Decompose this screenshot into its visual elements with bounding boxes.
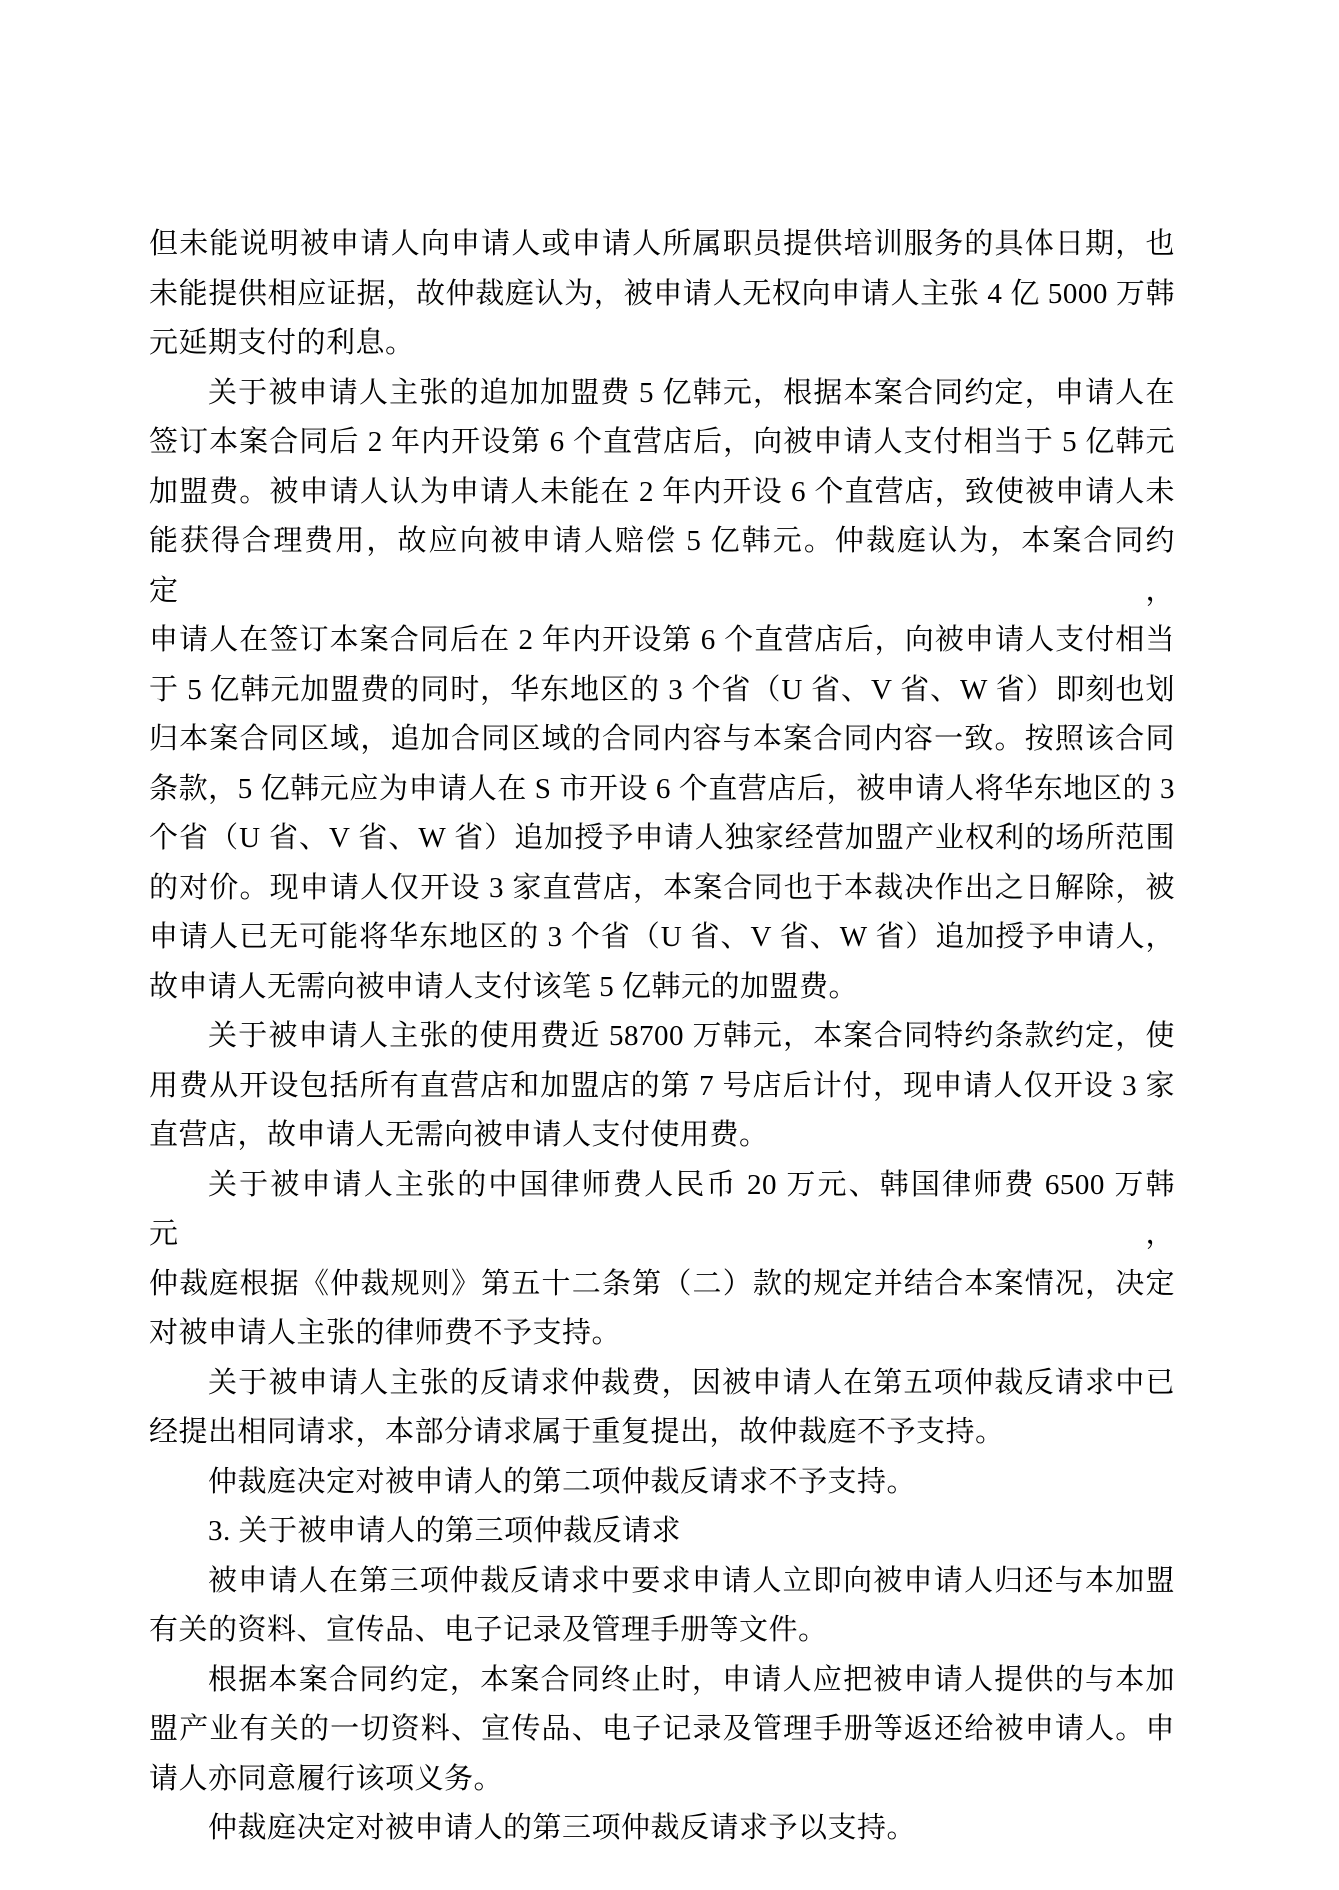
text-line: 归本案合同区域，追加合同区域的合同内容与本案合同内容一致。按照该合同 — [149, 715, 1175, 765]
text-line: 有关的资料、宣传品、电子记录及管理手册等文件。 — [149, 1606, 1175, 1656]
text-line: 请人亦同意履行该项义务。 — [149, 1755, 1175, 1805]
text-line: 经提出相同请求，本部分请求属于重复提出，故仲裁庭不予支持。 — [149, 1408, 1175, 1458]
text-line: 能获得合理费用，故应向被申请人赔偿 5 亿韩元。仲裁庭认为，本案合同约定， — [149, 517, 1175, 616]
text-line: 条款，5 亿韩元应为申请人在 S 市开设 6 个直营店后，被申请人将华东地区的 … — [149, 765, 1175, 815]
text-line: 关于被申请人主张的使用费近 58700 万韩元，本案合同特约条款约定，使 — [149, 1012, 1175, 1062]
document-text-block: 但未能说明被申请人向申请人或申请人所属职员提供培训服务的具体日期，也 未能提供相… — [149, 220, 1175, 1854]
text-line: 于 5 亿韩元加盟费的同时，华东地区的 3 个省（U 省、V 省、W 省）即刻也… — [149, 666, 1175, 716]
document-page: 但未能说明被申请人向申请人或申请人所属职员提供培训服务的具体日期，也 未能提供相… — [0, 0, 1339, 1890]
text-line: 仲裁庭决定对被申请人的第三项仲裁反请求予以支持。 — [149, 1804, 1175, 1854]
text-line: 申请人已无可能将华东地区的 3 个省（U 省、V 省、W 省）追加授予申请人， — [149, 913, 1175, 963]
text-line: 关于被申请人主张的反请求仲裁费，因被申请人在第五项仲裁反请求中已 — [149, 1359, 1175, 1409]
text-line: 元延期支付的利息。 — [149, 319, 1175, 369]
text-line: 故申请人无需向被申请人支付该笔 5 亿韩元的加盟费。 — [149, 963, 1175, 1013]
text-line: 申请人在签订本案合同后在 2 年内开设第 6 个直营店后，向被申请人支付相当 — [149, 616, 1175, 666]
text-line: 未能提供相应证据，故仲裁庭认为，被申请人无权向申请人主张 4 亿 5000 万韩 — [149, 270, 1175, 320]
text-line: 对被申请人主张的律师费不予支持。 — [149, 1309, 1175, 1359]
text-line: 根据本案合同约定，本案合同终止时，申请人应把被申请人提供的与本加 — [149, 1656, 1175, 1706]
text-line: 被申请人在第三项仲裁反请求中要求申请人立即向被申请人归还与本加盟 — [149, 1557, 1175, 1607]
text-line: 个省（U 省、V 省、W 省）追加授予申请人独家经营加盟产业权利的场所范围 — [149, 814, 1175, 864]
text-line: 关于被申请人主张的中国律师费人民币 20 万元、韩国律师费 6500 万韩元， — [149, 1161, 1175, 1260]
text-line: 仲裁庭决定对被申请人的第二项仲裁反请求不予支持。 — [149, 1458, 1175, 1508]
text-line: 签订本案合同后 2 年内开设第 6 个直营店后，向被申请人支付相当于 5 亿韩元 — [149, 418, 1175, 468]
text-line: 但未能说明被申请人向申请人或申请人所属职员提供培训服务的具体日期，也 — [149, 220, 1175, 270]
text-line: 直营店，故申请人无需向被申请人支付使用费。 — [149, 1111, 1175, 1161]
text-line: 仲裁庭根据《仲裁规则》第五十二条第（二）款的规定并结合本案情况，决定 — [149, 1260, 1175, 1310]
text-line: 盟产业有关的一切资料、宣传品、电子记录及管理手册等返还给被申请人。申 — [149, 1705, 1175, 1755]
text-line: 用费从开设包括所有直营店和加盟店的第 7 号店后计付，现申请人仅开设 3 家 — [149, 1062, 1175, 1112]
text-line: 的对价。现申请人仅开设 3 家直营店，本案合同也于本裁决作出之日解除，被 — [149, 864, 1175, 914]
text-line: 关于被申请人主张的追加加盟费 5 亿韩元，根据本案合同约定，申请人在 — [149, 369, 1175, 419]
text-line: 加盟费。被申请人认为申请人未能在 2 年内开设 6 个直营店，致使被申请人未 — [149, 468, 1175, 518]
text-line: 3. 关于被申请人的第三项仲裁反请求 — [149, 1507, 1175, 1557]
